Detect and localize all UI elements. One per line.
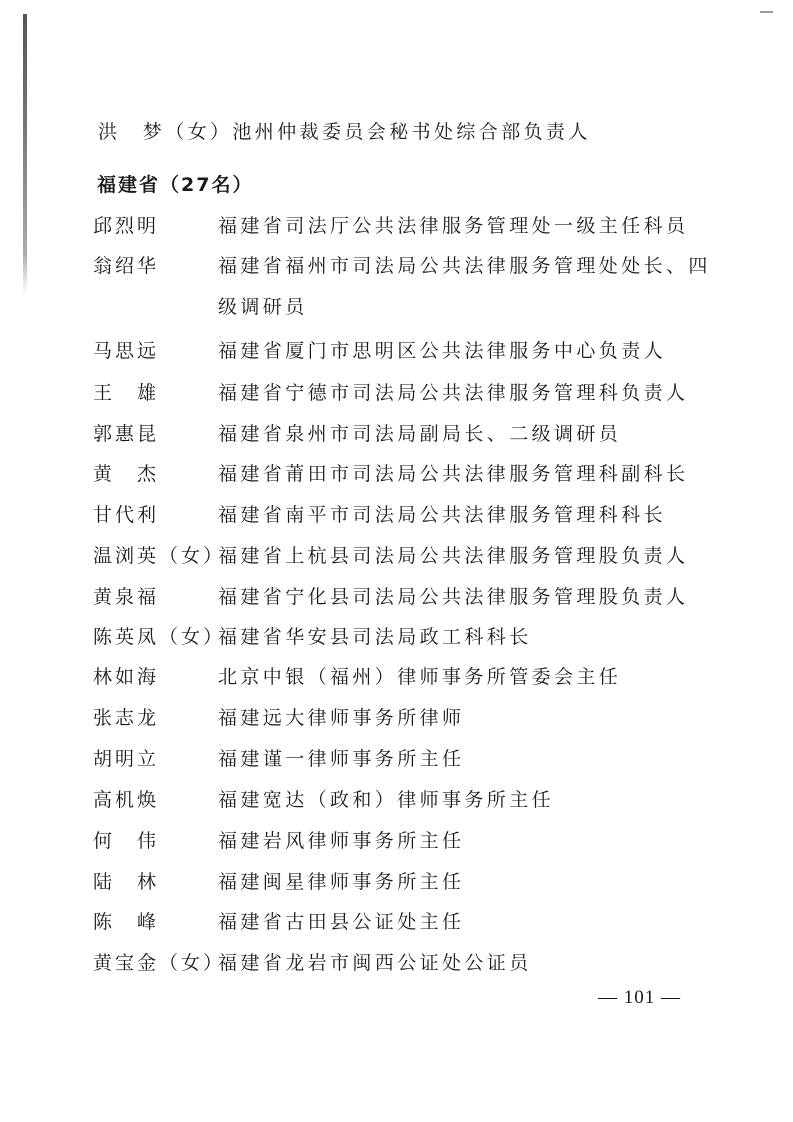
person-duty: 福建省宁化县司法局公共法律服务管理股负责人 bbox=[218, 585, 688, 609]
person-duty: 福建省司法厅公共法律服务管理处一级主任科员 bbox=[218, 214, 688, 238]
person-name: 甘代利 bbox=[93, 503, 159, 527]
person-duty-continued: 级调研员 bbox=[218, 295, 308, 319]
person-name: 马思远 bbox=[93, 339, 159, 363]
page-number: — 101 — bbox=[598, 987, 681, 1009]
person-name: 林如海 bbox=[93, 665, 159, 689]
person-name: 张志龙 bbox=[93, 706, 159, 730]
person-duty: 福建闽星律师事务所主任 bbox=[218, 870, 464, 894]
person-duty: 福建宽达（政和）律师事务所主任 bbox=[218, 788, 554, 812]
person-duty: 福建省上杭县司法局公共法律服务管理股负责人 bbox=[218, 544, 688, 568]
person-name: 黄宝金（女） bbox=[93, 951, 225, 975]
person-name: 温浏英（女） bbox=[93, 544, 225, 568]
person-duty: 福建省宁德市司法局公共法律服务管理科负责人 bbox=[218, 381, 688, 405]
person-name: 翁绍华 bbox=[93, 254, 159, 278]
list-item: 洪 梦（女）池州仲裁委员会秘书处综合部负责人 bbox=[98, 117, 591, 144]
person-name: 陈 峰 bbox=[93, 910, 159, 934]
person-duty: 福建省莆田市司法局公共法律服务管理科副科长 bbox=[218, 462, 688, 486]
person-name: 何 伟 bbox=[93, 829, 159, 853]
person-duty: 福建省福州市司法局公共法律服务管理处处长、四 bbox=[218, 254, 711, 278]
person-name: 郭惠昆 bbox=[93, 422, 159, 446]
person-name: 邱烈明 bbox=[93, 214, 159, 238]
person-name: 黄泉福 bbox=[93, 585, 159, 609]
scan-corner-mark bbox=[760, 11, 773, 13]
section-heading: 福建省（27名） bbox=[97, 170, 253, 197]
person-name: 胡明立 bbox=[93, 747, 159, 771]
person-duty: 福建岩风律师事务所主任 bbox=[218, 829, 464, 853]
person-duty: 北京中银（福州）律师事务所管委会主任 bbox=[218, 665, 621, 689]
person-name: 高机焕 bbox=[93, 788, 159, 812]
person-name: 王 雄 bbox=[93, 381, 159, 405]
person-name: 陆 林 bbox=[93, 870, 159, 894]
person-duty: 福建省南平市司法局公共法律服务管理科科长 bbox=[218, 503, 666, 527]
person-duty: 福建谨一律师事务所主任 bbox=[218, 747, 464, 771]
person-name: 陈英凤（女） bbox=[93, 625, 225, 649]
person-duty: 福建远大律师事务所律师 bbox=[218, 706, 464, 730]
person-duty: 福建省古田县公证处主任 bbox=[218, 910, 464, 934]
person-duty: 福建省泉州市司法局副局长、二级调研员 bbox=[218, 422, 621, 446]
person-name: 黄 杰 bbox=[93, 462, 159, 486]
scan-binding-edge bbox=[23, 14, 27, 294]
person-duty: 福建省厦门市思明区公共法律服务中心负责人 bbox=[218, 339, 666, 363]
person-duty: 福建省龙岩市闽西公证处公证员 bbox=[218, 951, 532, 975]
person-name: 洪 梦（女） bbox=[98, 121, 232, 143]
person-duty: 福建省华安县司法局政工科科长 bbox=[218, 625, 532, 649]
person-duty: 池州仲裁委员会秘书处综合部负责人 bbox=[232, 121, 590, 143]
